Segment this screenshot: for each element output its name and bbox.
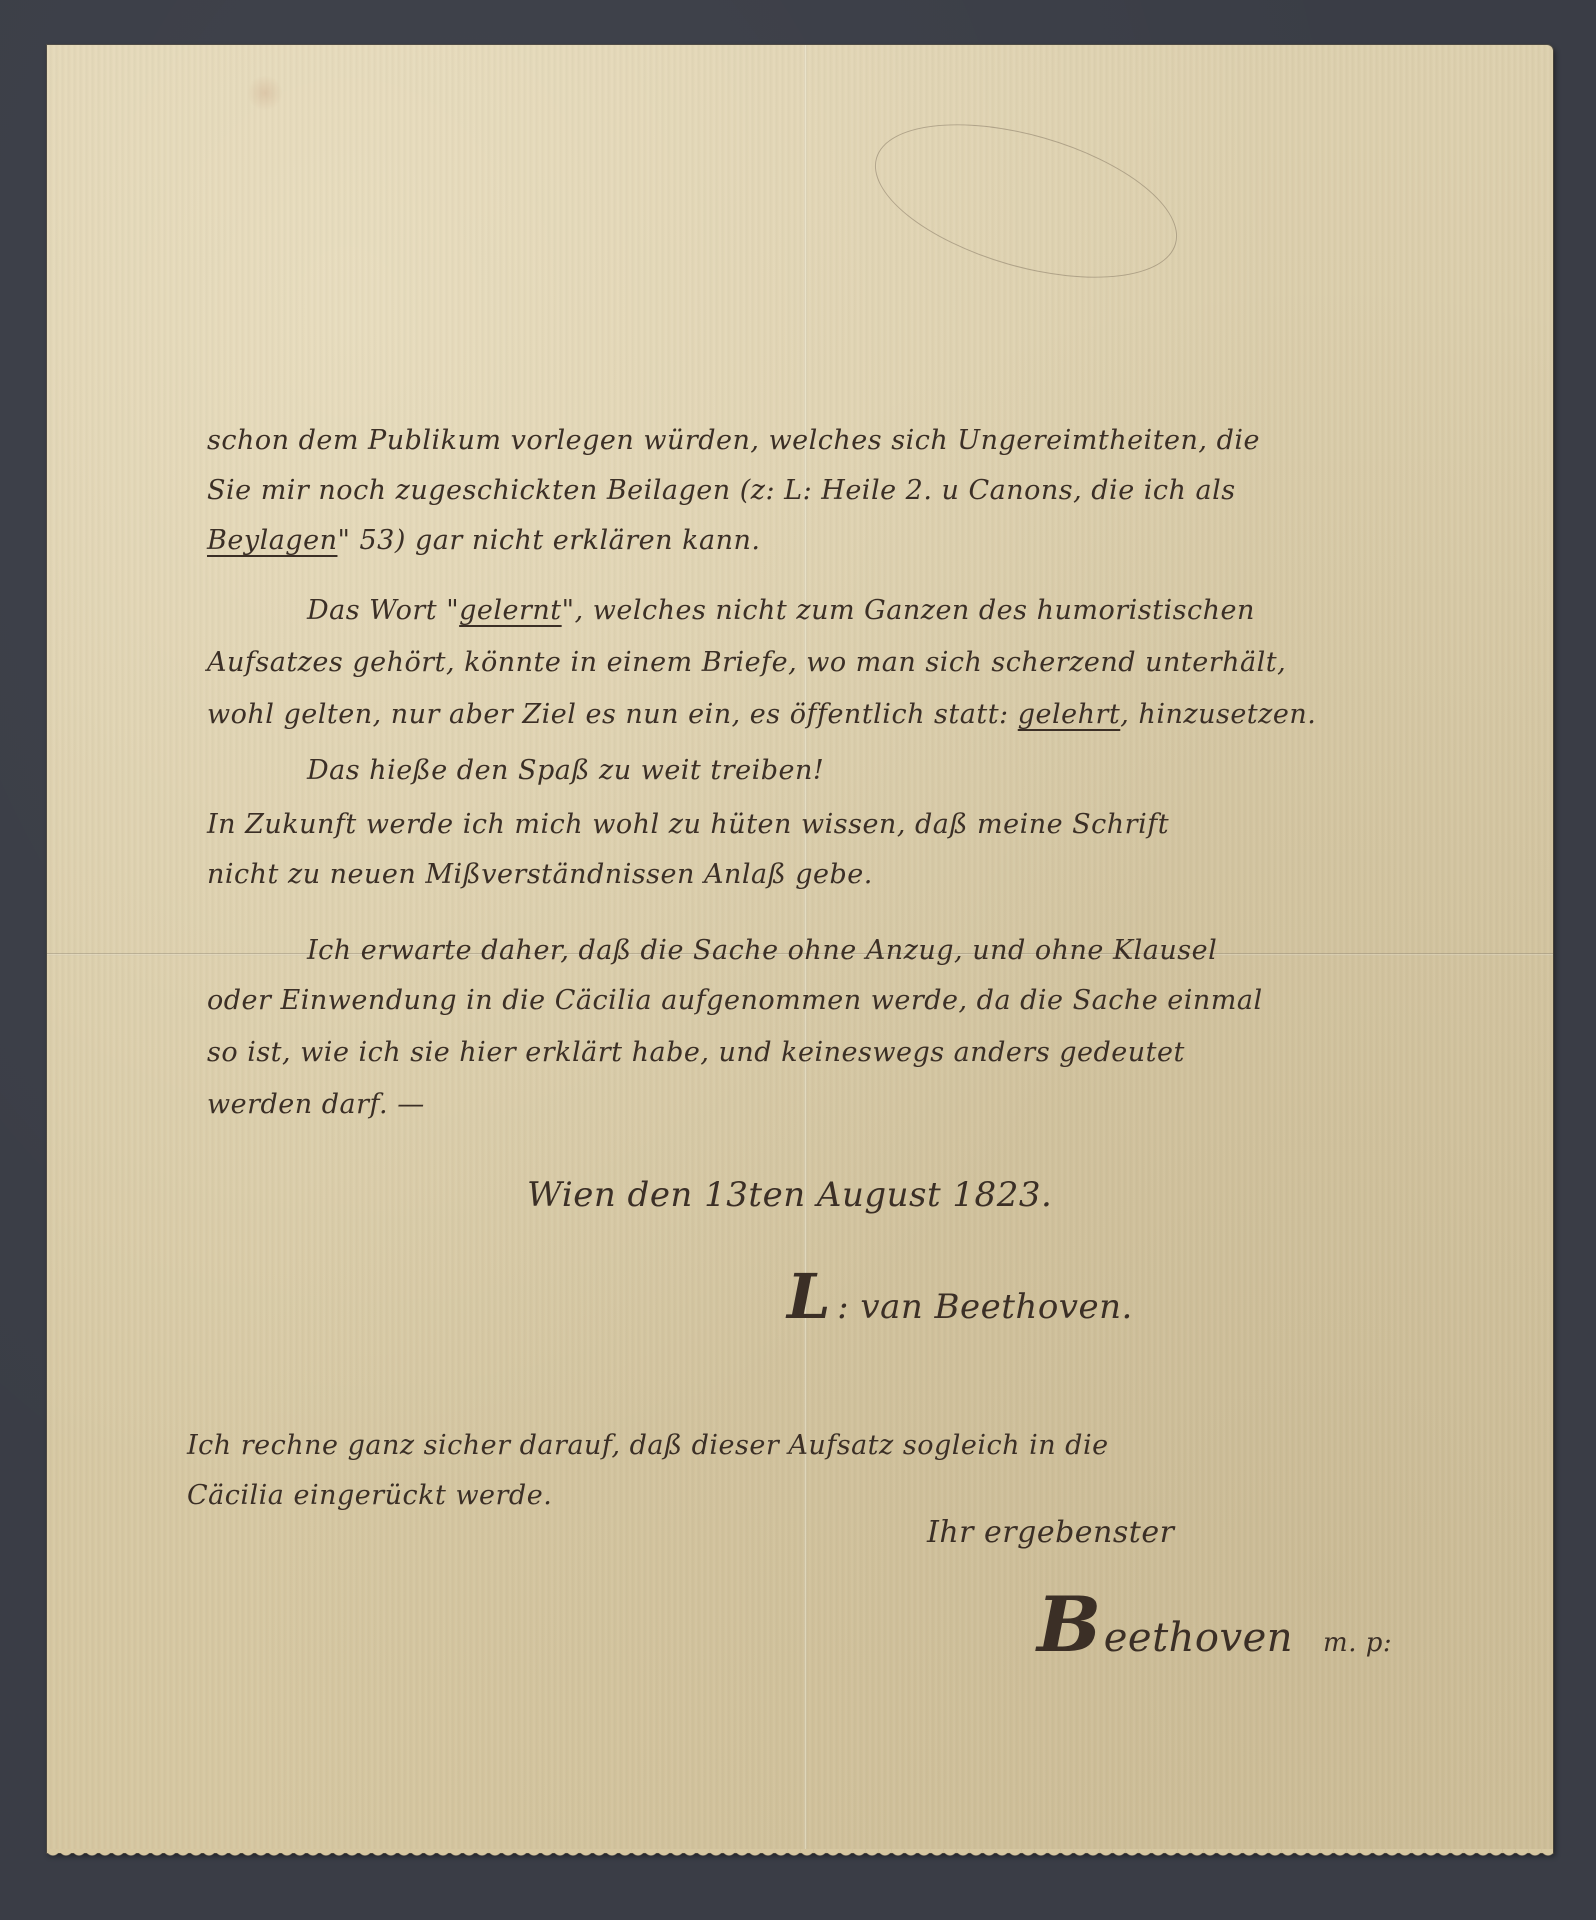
body-line-4: Das Wort "gelernt", welches nicht zum Ga… [307,595,1255,626]
body-line-6: wohl gelten, nur aber Ziel es nun ein, e… [207,699,1316,730]
body-line-10: Ich erwarte daher, daß die Sache ohne An… [307,935,1217,966]
body-line-6-start: wohl gelten, nur aber Ziel es nun ein, e… [207,699,1018,730]
body-line-6-rest: , hinzusetzen. [1120,699,1316,730]
body-line-1: schon dem Publikum vorlegen würden, welc… [207,425,1260,456]
signature-initial-l: L [787,1260,831,1333]
letter-page: schon dem Publikum vorlegen würden, welc… [47,45,1553,1853]
underlined-word-beylagen: Beylagen [207,525,337,556]
signature-suffix-mp: m. p: [1323,1628,1392,1658]
date-line: Wien den 13ten August 1823. [527,1175,1052,1215]
underlined-word-gelehrt: gelehrt [1018,699,1121,730]
body-line-4-start: Das Wort " [307,595,459,626]
closing-formula: Ihr ergebenster [927,1515,1174,1550]
body-line-5: Aufsatzes gehört, könnte in einem Briefe… [207,647,1286,678]
signature-l-van-beethoven: L: van Beethoven. [787,1260,1133,1333]
postscript-line-1: Ich rechne ganz sicher darauf, daß diese… [187,1430,1109,1461]
body-line-9: nicht zu neuen Mißverständnissen Anlaß g… [207,859,873,890]
body-line-3: Beylagen" 53) gar nicht erklären kann. [207,525,760,556]
body-line-2: Sie mir noch zugeschickten Beilagen (z: … [207,475,1236,506]
body-line-12: so ist, wie ich sie hier erklärt habe, u… [207,1037,1185,1068]
body-line-4-rest: ", welches nicht zum Ganzen des humorist… [562,595,1255,626]
signature-1-rest: : van Beethoven. [837,1287,1133,1327]
body-line-13: werden darf. — [207,1089,425,1120]
signature-beethoven: Beethovenm. p: [1037,1580,1392,1669]
body-line-8: In Zukunft werde ich mich wohl zu hüten … [207,809,1169,840]
body-line-7: Das hieße den Spaß zu weit treiben! [307,755,824,786]
postscript-line-2: Cäcilia eingerückt werde. [187,1480,552,1511]
body-line-3-rest: " 53) gar nicht erklären kann. [337,525,760,556]
signature-initial-b: B [1037,1580,1102,1669]
signature-2-rest: eethoven [1104,1615,1293,1661]
oval-ink-mark [858,95,1194,308]
paper-stain [247,75,283,111]
body-line-11: oder Einwendung in die Cäcilia aufgenomm… [207,985,1263,1016]
underlined-word-gelernt: gelernt [459,595,562,626]
